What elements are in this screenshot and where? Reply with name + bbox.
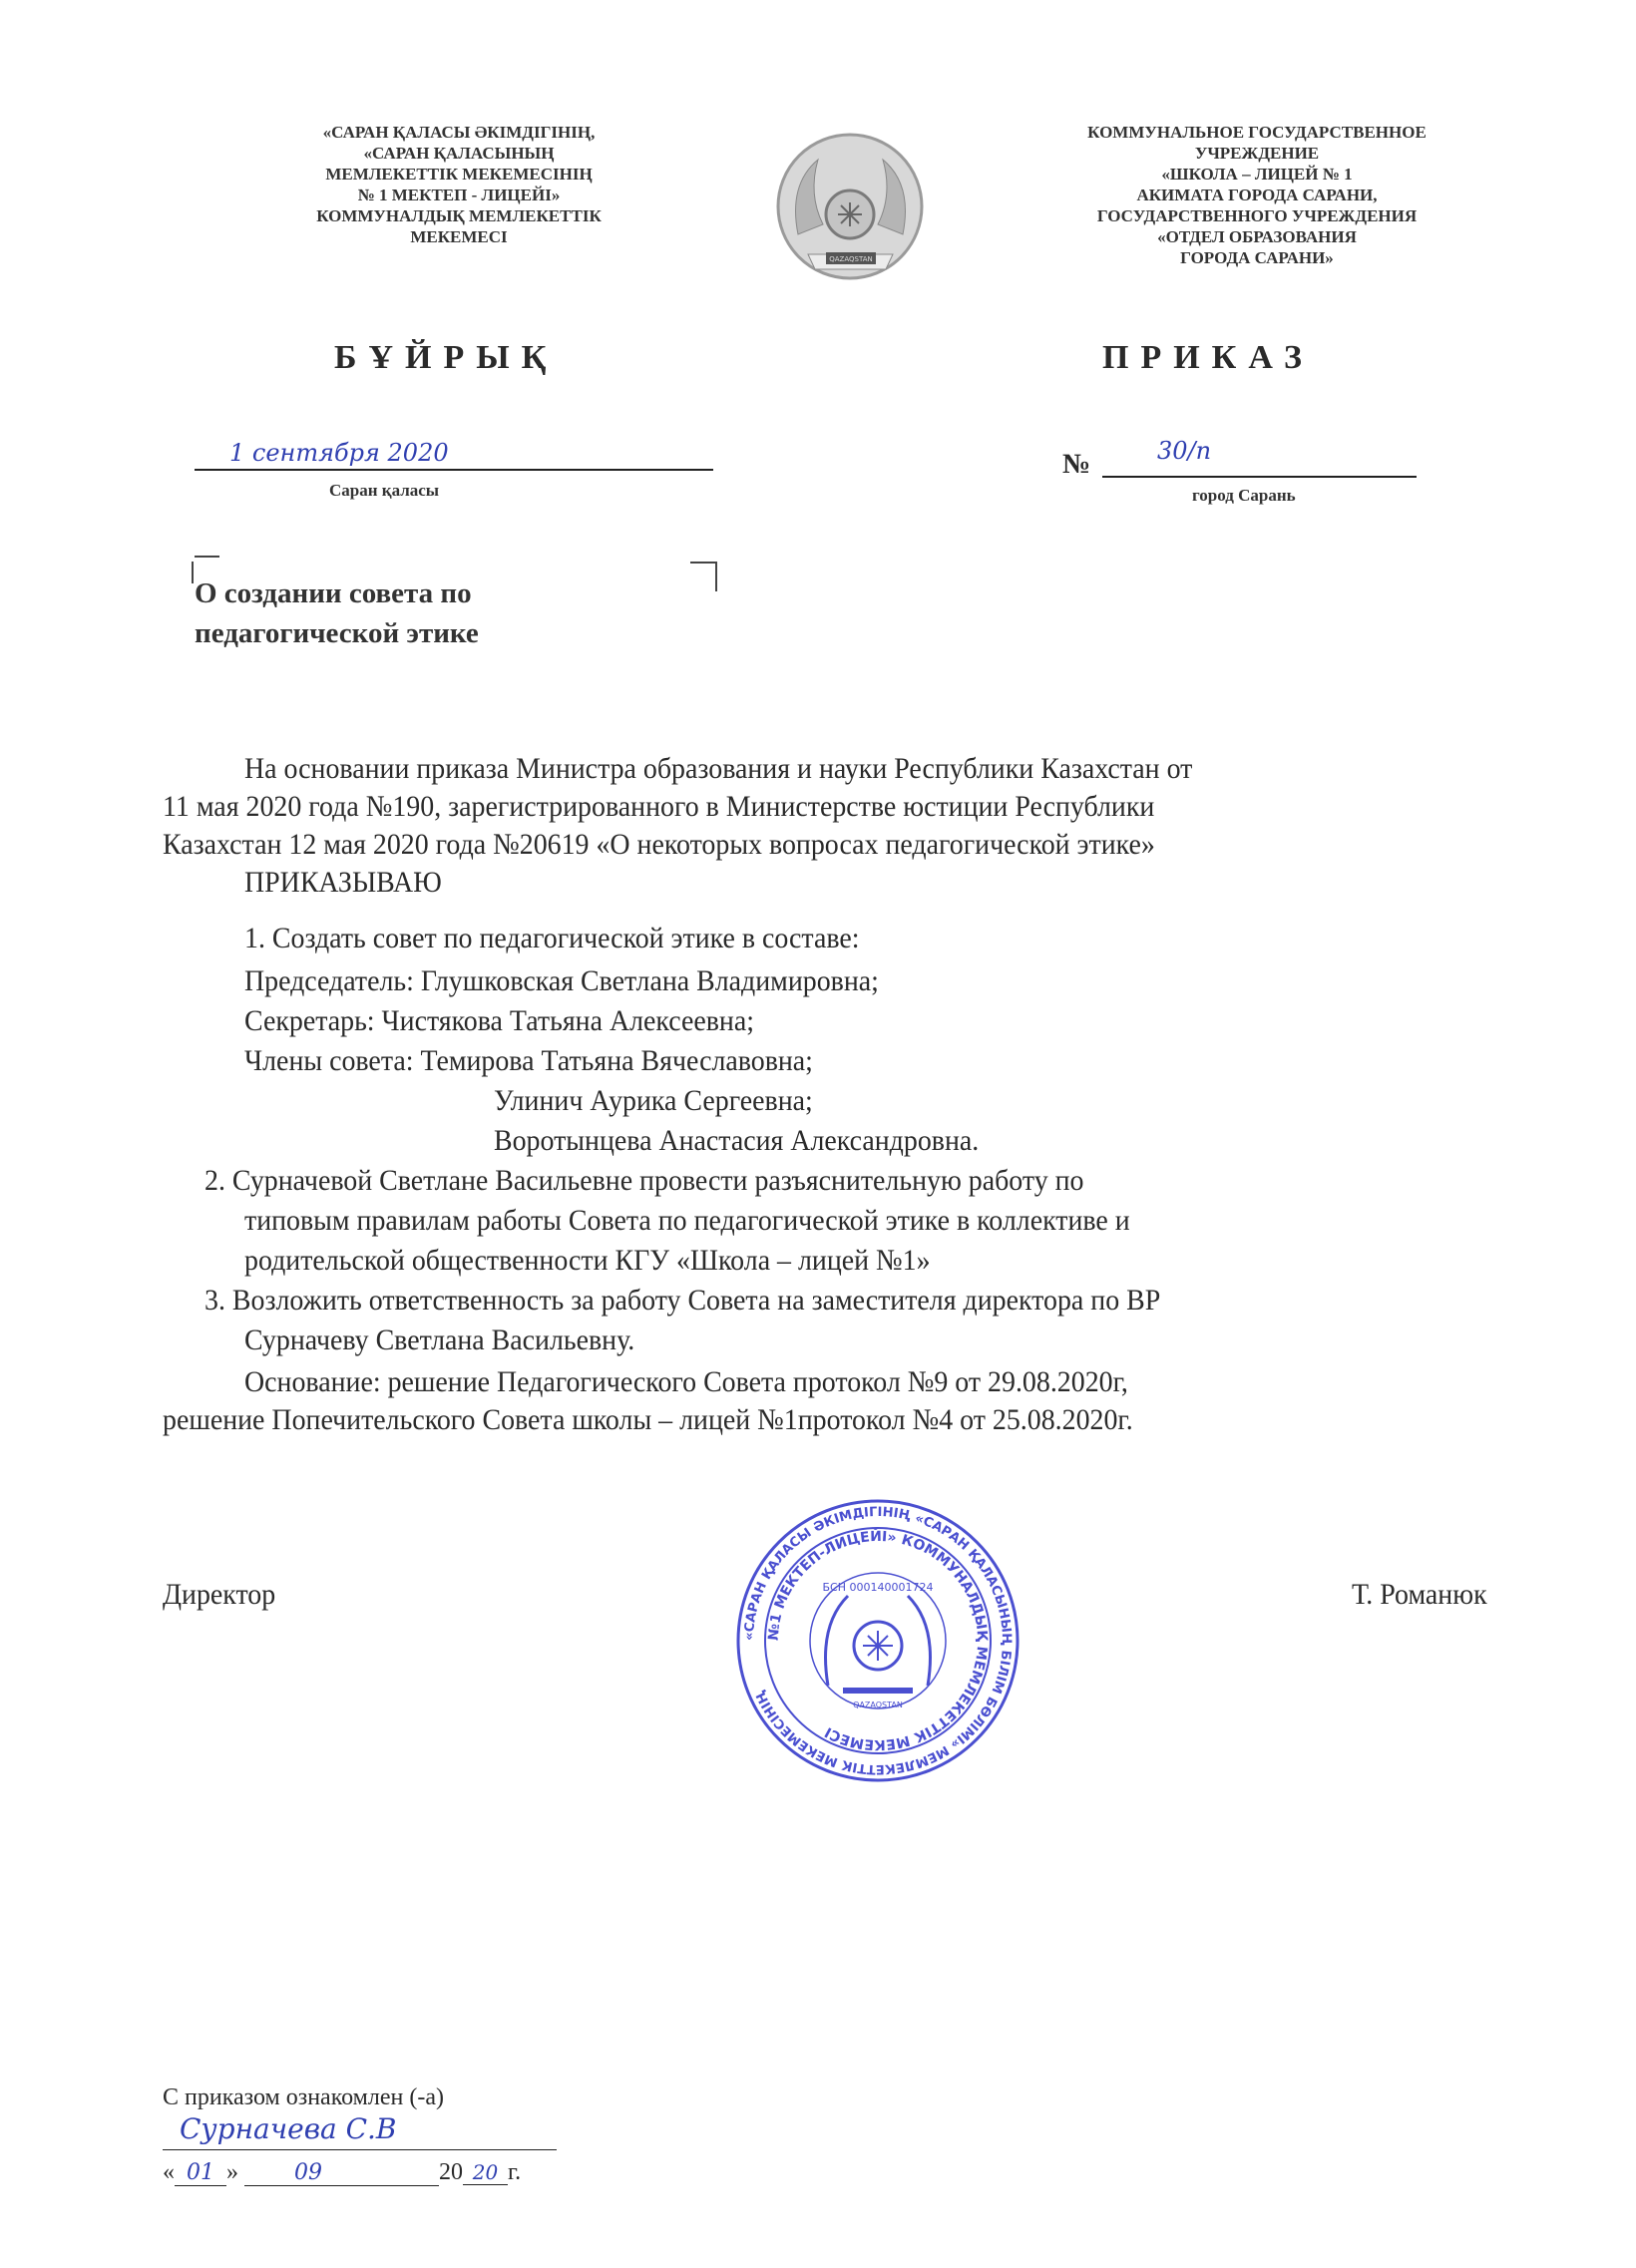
- ack-day: 01: [175, 2160, 226, 2186]
- document-title-kz: БҰЙРЫҚ: [334, 339, 558, 377]
- header-org-ru: КОММУНАЛЬНОЕ ГОСУДАРСТВЕННОЕ УЧРЕЖДЕНИЕ …: [1037, 122, 1476, 268]
- header-line: ГОРОДА САРАНИ»: [1037, 247, 1476, 268]
- basis-line: Основание: решение Педагогического Совет…: [244, 1363, 1128, 1400]
- corner-mark: [192, 562, 194, 583]
- corner-mark: [195, 556, 219, 558]
- header-line: «ОТДЕЛ ОБРАЗОВАНИЯ: [1037, 226, 1476, 247]
- open-quote: «: [163, 2159, 175, 2185]
- signatory-position: Директор: [163, 1576, 275, 1613]
- official-stamp-icon: «САРАН ҚАЛАСЫ ӘКІМДІГІНІҢ «САРАН ҚАЛАСЫН…: [733, 1496, 1022, 1785]
- header-line: КОММУНАЛЬНОЕ ГОСУДАРСТВЕННОЕ: [1037, 122, 1476, 143]
- order-item-2-cont: типовым правилам работы Совета по педаго…: [244, 1202, 1130, 1239]
- stamp-bin: БСН 000140001724: [823, 1581, 934, 1594]
- order-item-2: 2. Сурначевой Светлане Васильевне провес…: [204, 1162, 1084, 1199]
- year-end: г.: [508, 2159, 521, 2185]
- header-line: АКИМАТА ГОРОДА САРАНИ,: [1037, 185, 1476, 205]
- order-item-2-cont: родительской общественности КГУ «Школа –…: [244, 1242, 931, 1279]
- header-line: «САРАН ҚАЛАСЫ ӘКІМДІГІНІҢ,: [269, 122, 648, 143]
- header-line: № 1 МЕКТЕП - ЛИЦЕЙІ»: [269, 185, 648, 205]
- order-item-1: 1. Создать совет по педагогической этике…: [244, 922, 860, 954]
- header-line: МЕКЕМЕСІ: [269, 226, 648, 247]
- acknowledgment-date: «01»092020г.: [163, 2159, 521, 2186]
- order-subject: О создании совета по педагогической этик…: [195, 573, 479, 653]
- handwritten-date: 1 сентября 2020: [229, 439, 449, 467]
- acknowledgment-signature: Сурначева С.В: [180, 2112, 397, 2145]
- council-member: Улинич Аурика Сергеевна;: [494, 1082, 813, 1119]
- svg-text:QAZAQSTAN: QAZAQSTAN: [829, 255, 872, 263]
- council-chair: Председатель: Глушковская Светлана Влади…: [244, 962, 879, 999]
- order-word: ПРИКАЗЫВАЮ: [244, 864, 442, 901]
- subject-line: О создании совета по: [195, 573, 479, 613]
- number-underline: [1102, 476, 1417, 478]
- header-org-kz: «САРАН ҚАЛАСЫ ӘКІМДІГІНІҢ, «САРАН ҚАЛАСЫ…: [269, 122, 648, 247]
- signatory-name: Т. Романюк: [1352, 1576, 1487, 1613]
- stamp-center-text: QAZAQSTAN: [853, 1701, 903, 1709]
- state-emblem-icon: QAZAQSTAN: [768, 125, 933, 294]
- preamble-line: На основании приказа Министра образовани…: [244, 750, 1192, 787]
- year-prefix: 20: [439, 2159, 463, 2185]
- signature-underline: [163, 2149, 557, 2150]
- council-member: Воротынцева Анастасия Александровна.: [494, 1122, 979, 1159]
- preamble-line: 11 мая 2020 года №190, зарегистрированно…: [163, 788, 1154, 825]
- ack-year: 20: [463, 2160, 508, 2185]
- header-line: КОММУНАЛДЫҚ МЕМЛЕКЕТТІК: [269, 205, 648, 226]
- basis-line: решение Попечительского Совета школы – л…: [163, 1401, 1133, 1438]
- header-line: «ШКОЛА – ЛИЦЕЙ № 1: [1037, 164, 1476, 185]
- city-ru: город Сарань: [1192, 486, 1296, 506]
- acknowledgment-label: С приказом ознакомлен (-а): [163, 2084, 444, 2111]
- council-secretary: Секретарь: Чистякова Татьяна Алексеевна;: [244, 1002, 754, 1039]
- header-line: УЧРЕЖДЕНИЕ: [1037, 143, 1476, 164]
- order-item-3-cont: Сурначеву Светлана Васильевну.: [244, 1322, 634, 1358]
- header-line: «САРАН ҚАЛАСЫНЫҢ: [269, 143, 648, 164]
- document-title-ru: ПРИКАЗ: [1102, 339, 1314, 377]
- number-sign: №: [1062, 449, 1090, 481]
- subject-line: педагогической этике: [195, 613, 479, 653]
- ack-month: 09: [244, 2160, 439, 2186]
- city-kz: Саран қаласы: [329, 481, 439, 501]
- handwritten-order-number: 30/п: [1157, 437, 1211, 465]
- corner-mark: [690, 562, 717, 591]
- order-item-3: 3. Возложить ответственность за работу С…: [204, 1282, 1160, 1319]
- date-underline: [195, 469, 713, 471]
- council-members: Члены совета: Темирова Татьяна Вячеславо…: [244, 1042, 813, 1079]
- preamble-line: Казахстан 12 мая 2020 года №20619 «О нек…: [163, 826, 1155, 863]
- header-line: МЕМЛЕКЕТТІК МЕКЕМЕСІНІҢ: [269, 164, 648, 185]
- header-line: ГОСУДАРСТВЕННОГО УЧРЕЖДЕНИЯ: [1037, 205, 1476, 226]
- close-quote: »: [226, 2159, 238, 2185]
